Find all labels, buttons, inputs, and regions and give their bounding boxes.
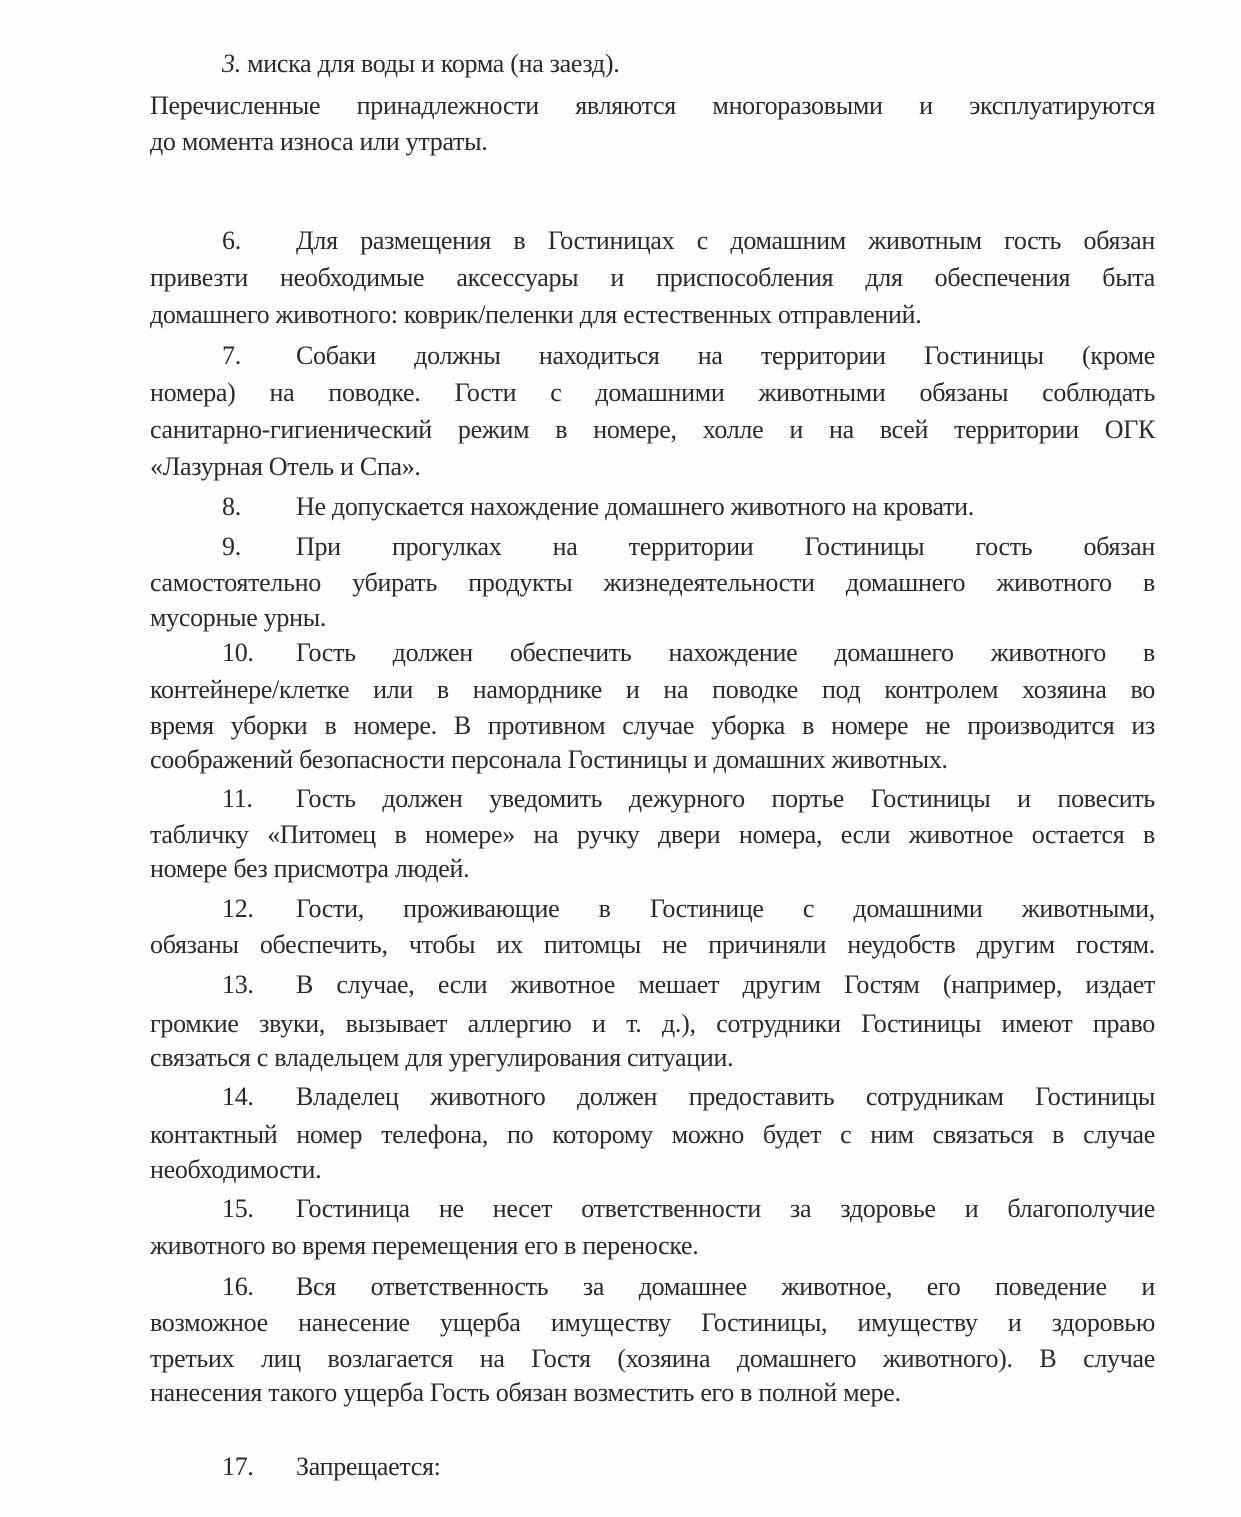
- item-16-line-1: 16.Вся ответственность за домашнее живот…: [222, 1270, 1155, 1304]
- item-17-number: 17.: [222, 1450, 296, 1484]
- item-10-line-3: время уборки в номере. В противном случа…: [150, 709, 1155, 743]
- item-10-line-1: 10.Гость должен обеспечить нахождение до…: [222, 636, 1155, 670]
- item-9-text: При прогулках на территории Гостиницы го…: [296, 530, 1155, 564]
- item-11-line-2: табличку «Питомец в номере» на ручку две…: [150, 818, 1155, 852]
- item-16-line-2: возможное нанесение ущерба имуществу Гос…: [150, 1306, 1155, 1340]
- item-13-number: 13.: [222, 968, 296, 1002]
- sublist-item-number: 3.: [222, 49, 241, 78]
- item-14-line-3: необходимости.: [150, 1153, 1155, 1187]
- item-10-line-2: контейнере/клетке или в наморднике и на …: [150, 673, 1155, 707]
- item-13-line-2: громкие звуки, вызывает аллергию и т. д.…: [150, 1007, 1155, 1041]
- item-16-line-3: третьих лиц возлагается на Гостя (хозяин…: [150, 1342, 1155, 1376]
- note-line-2: до момента износа или утраты.: [150, 125, 1155, 159]
- item-11-line-3: номере без присмотра людей.: [150, 852, 1155, 886]
- item-14-line-1: 14.Владелец животного должен предоставит…: [222, 1080, 1155, 1114]
- item-9-line-1: 9.При прогулках на территории Гостиницы …: [222, 530, 1155, 564]
- item-14-text: Владелец животного должен предоставить с…: [296, 1080, 1155, 1114]
- item-8: 8.Не допускается нахождение домашнего жи…: [222, 490, 974, 524]
- item-6-line-3: домашнего животного: коврик/пеленки для …: [150, 298, 1155, 332]
- item-10-line-4: соображений безопасности персонала Гости…: [150, 743, 1155, 777]
- item-8-text: Не допускается нахождение домашнего живо…: [296, 492, 974, 521]
- item-9-line-3: мусорные урны.: [150, 601, 1155, 635]
- sublist-item-text: миска для воды и корма (на заезд).: [247, 49, 619, 78]
- item-9-line-2: самостоятельно убирать продукты жизнедея…: [150, 566, 1155, 600]
- item-15-line-1: 15.Гостиница не несет ответственности за…: [222, 1192, 1155, 1226]
- item-7-line-4: «Лазурная Отель и Спа».: [150, 450, 1155, 484]
- item-14-number: 14.: [222, 1080, 296, 1114]
- sublist-item-3: 3. миска для воды и корма (на заезд).: [222, 47, 619, 81]
- item-13-text: В случае, если животное мешает другим Го…: [296, 968, 1155, 1002]
- item-7-line-2: номера) на поводке. Гости с домашними жи…: [150, 376, 1155, 410]
- item-13-line-3: связаться с владельцем для урегулировани…: [150, 1041, 1155, 1075]
- item-15-line-2: животного во время перемещения его в пер…: [150, 1229, 1155, 1263]
- item-7-number: 7.: [222, 339, 296, 373]
- item-11-number: 11.: [222, 782, 296, 816]
- item-12-text: Гости, проживающие в Гостинице с домашни…: [296, 892, 1155, 926]
- document-page: 3. миска для воды и корма (на заезд). Пе…: [0, 0, 1241, 1517]
- item-7-line-1: 7.Собаки должны находиться на территории…: [222, 339, 1155, 373]
- item-16-number: 16.: [222, 1270, 296, 1304]
- item-6-number: 6.: [222, 224, 296, 258]
- item-7-line-3: санитарно-гигиенический режим в номере, …: [150, 413, 1155, 447]
- item-11-line-1: 11.Гость должен уведомить дежурного порт…: [222, 782, 1155, 816]
- item-17: 17.Запрещается:: [222, 1450, 441, 1484]
- item-6-line-2: привезти необходимые аксессуары и приспо…: [150, 261, 1155, 295]
- item-16-text: Вся ответственность за домашнее животное…: [296, 1270, 1155, 1304]
- item-8-number: 8.: [222, 490, 296, 524]
- item-17-text: Запрещается:: [296, 1452, 441, 1481]
- item-11-text: Гость должен уведомить дежурного портье …: [296, 782, 1155, 816]
- item-14-line-2: контактный номер телефона, по которому м…: [150, 1118, 1155, 1152]
- item-7-text: Собаки должны находиться на территории Г…: [296, 339, 1155, 373]
- item-6-line-1: 6.Для размещения в Гостиницах с домашним…: [222, 224, 1155, 258]
- item-10-text: Гость должен обеспечить нахождение домаш…: [296, 636, 1155, 670]
- note-line-1: Перечисленные принадлежности являются мн…: [150, 89, 1155, 123]
- item-12-line-1: 12.Гости, проживающие в Гостинице с дома…: [222, 892, 1155, 926]
- item-15-number: 15.: [222, 1192, 296, 1226]
- item-13-line-1: 13.В случае, если животное мешает другим…: [222, 968, 1155, 1002]
- item-15-text: Гостиница не несет ответственности за зд…: [296, 1192, 1155, 1226]
- item-10-number: 10.: [222, 636, 296, 670]
- item-12-number: 12.: [222, 892, 296, 926]
- item-12-line-2: обязаны обеспечить, чтобы их питомцы не …: [150, 928, 1155, 962]
- item-6-text: Для размещения в Гостиницах с домашним ж…: [296, 224, 1155, 258]
- item-16-line-4: нанесения такого ущерба Гость обязан воз…: [150, 1376, 1155, 1410]
- item-9-number: 9.: [222, 530, 296, 564]
